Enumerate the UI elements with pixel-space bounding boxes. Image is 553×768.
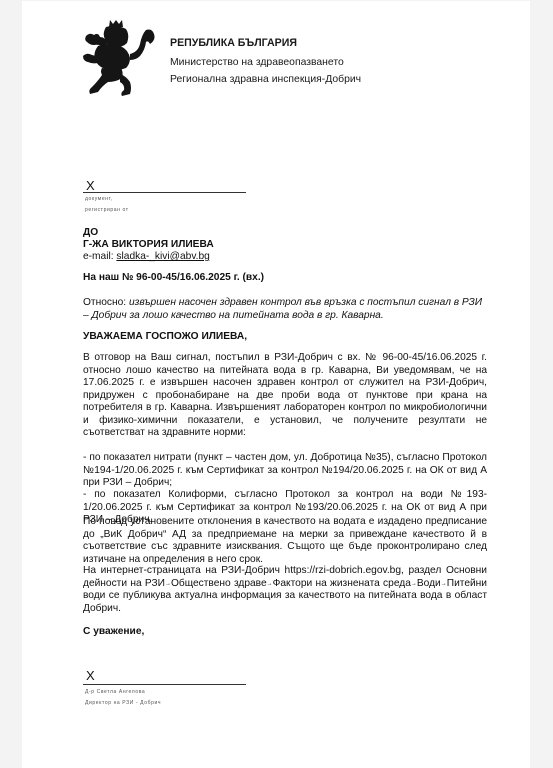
body-bullet-nitrates: - по показател нитрати (пункт – частен д… — [83, 452, 487, 490]
recipient-name: Г-ЖА ВИКТОРИЯ ИЛИЕВА — [83, 239, 487, 252]
director-signature-mark[interactable]: X — [86, 668, 95, 683]
inspection-name: Регионална здравна инспекция-Добрич — [170, 74, 361, 85]
registration-label-line2: регистриран от — [85, 207, 129, 213]
recipient-email-link[interactable]: sladka-_kivi@abv.bg — [116, 251, 209, 262]
salutation: УВАЖАЕМА ГОСПОЖО ИЛИЕВА, — [83, 331, 487, 344]
registration-signature-line — [83, 192, 246, 193]
director-position: Директор на РЗИ - Добрич — [85, 700, 161, 706]
director-name: Д-р Светла Ангелова — [85, 689, 145, 695]
paragraph3-suffix: се публикува актуална информация за каче… — [83, 590, 487, 614]
body-paragraph-3: На интернет-страницата на РЗИ-Добрич htt… — [83, 565, 487, 615]
registration-label-line1: документ, — [85, 196, 113, 202]
recipient-to: ДО — [83, 227, 487, 240]
path-item-3: Води — [417, 578, 441, 589]
closing: С уважение, — [83, 626, 487, 639]
reference-number: На наш № 96-00-45/16.06.2025 г. (вх.) — [83, 272, 487, 285]
path-item-1: Обществено здраве — [171, 578, 267, 589]
subject: Относно: извършен насочен здравен контро… — [83, 297, 487, 322]
email-label: e-mail: — [83, 251, 114, 262]
lion-coat-of-arms-icon — [80, 18, 156, 102]
subject-text: извършен насочен здравен контрол във връ… — [83, 297, 482, 321]
recipient-email-row: e-mail: sladka-_kivi@abv.bg — [83, 251, 487, 264]
body-paragraph-2: По повод установените отклонения в качес… — [83, 516, 487, 566]
ministry-name: Министерство на здравеопазването — [170, 57, 344, 68]
subject-label: Относно: — [83, 297, 126, 308]
country-title: РЕПУБЛИКА БЪЛГАРИЯ — [170, 37, 297, 49]
letter-page: РЕПУБЛИКА БЪЛГАРИЯ Министерство на здрав… — [22, 1, 530, 768]
body-paragraph-1: В отговор на Ваш сигнал, постъпил в РЗИ-… — [83, 352, 487, 440]
registration-signature-mark[interactable]: X — [86, 178, 95, 193]
path-item-2: Фактори на жизнената среда — [273, 578, 411, 589]
director-signature-line — [83, 684, 246, 685]
